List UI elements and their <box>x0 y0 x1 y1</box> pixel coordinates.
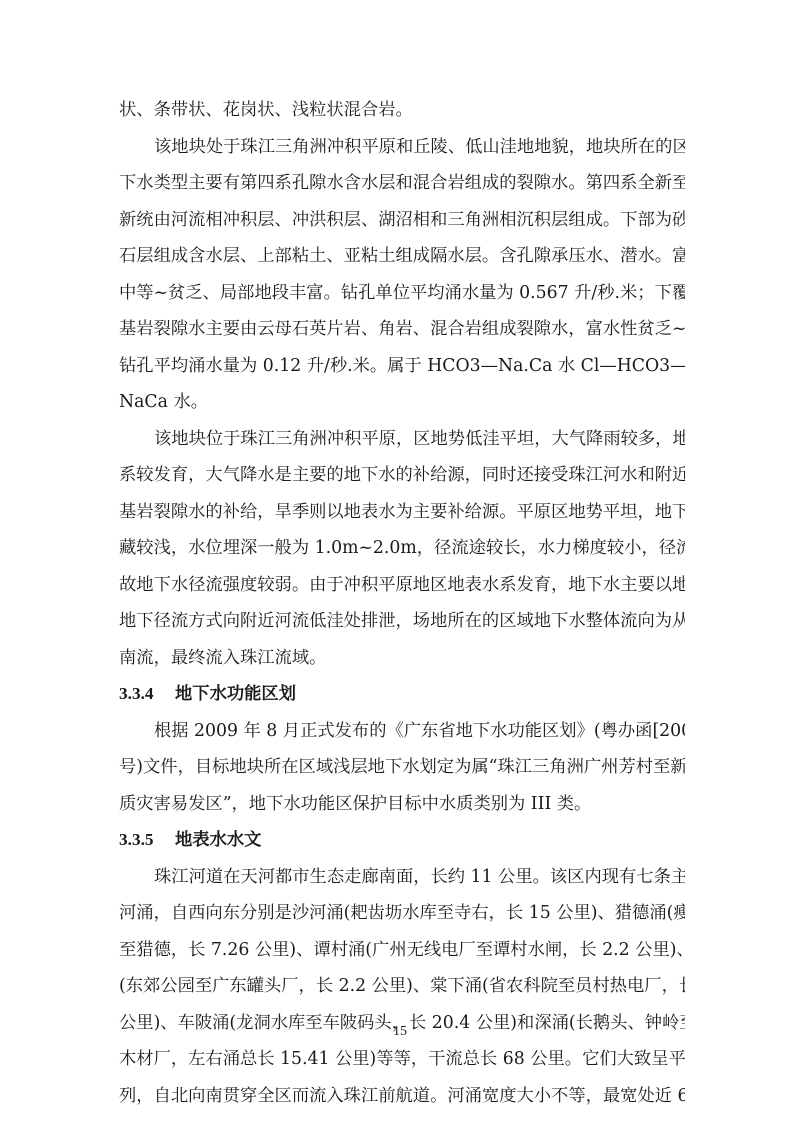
text-line: 南流，最终流入珠江流域。 <box>119 640 685 677</box>
page-number: 15 <box>0 1024 800 1040</box>
text-line: 下水类型主要有第四系孔隙水含水层和混合岩组成的裂隙水。第四系全新至上更 <box>119 165 685 202</box>
text-line: 河涌，自西向东分别是沙河涌(耙齿坜水库至寺右，长 15 公里)、猎德涌(瘦狗岭 <box>119 895 685 932</box>
text-line: 该地块位于珠江三角洲冲积平原，区地势低洼平坦，大气降雨较多，地下水 <box>119 421 685 458</box>
text-line: 号)文件，目标地块所在区域浅层地下水划定为属“珠江三角洲广州芳村至新塘地 <box>119 749 685 786</box>
text-line: 藏较浅，水位埋深一般为 1.0m~2.0m，径流途较长，水力梯度较小，径流缓慢， <box>119 530 685 567</box>
section-heading-3-3-4: 3.3.4地下水功能区划 <box>119 676 685 713</box>
section-number: 3.3.4 <box>119 676 175 713</box>
text-line: 中等~贫乏、局部地段丰富。钻孔单位平均涌水量为 0.567 升/秒.米；下覆地层… <box>119 275 685 312</box>
text-line: (东郊公园至广东罐头厂，长 2.2 公里)、棠下涌(省农科院至员村热电厂，长 5… <box>119 968 685 1005</box>
text-line: 质灾害易发区”，地下水功能区保护目标中水质类别为 III 类。 <box>119 786 685 823</box>
section-title: 地表水水文 <box>175 830 261 850</box>
text-line: 状、条带状、花岗状、浅粒状混合岩。 <box>119 92 685 129</box>
text-line: 新统由河流相冲积层、冲洪积层、湖沼相和三角洲相沉积层组成。下部为砂、砾 <box>119 202 685 239</box>
text-line: NaCa 水。 <box>119 384 685 421</box>
text-line: 地下径流方式向附近河流低洼处排泄，场地所在的区域地下水整体流向为从北向 <box>119 603 685 640</box>
text-line: 该地块处于珠江三角洲冲积平原和丘陵、低山洼地地貌，地块所在的区域地 <box>119 129 685 166</box>
text-line: 基岩裂隙水主要由云母石英片岩、角岩、混合岩组成裂隙水，富水性贫乏~中等。 <box>119 311 685 348</box>
text-line: 根据 2009 年 8 月正式发布的《广东省地下水功能区划》(粤办函[2009]… <box>119 713 685 750</box>
text-line: 钻孔平均涌水量为 0.12 升/秒.米。属于 HCO3—Na.Ca 水 Cl—H… <box>119 348 685 385</box>
section-number: 3.3.5 <box>119 822 175 859</box>
text-line: 木材厂，左右涌总长 15.41 公里)等等，干流总长 68 公里。它们大致呈平行… <box>119 1041 685 1078</box>
section-title: 地下水功能区划 <box>175 684 296 704</box>
text-line: 珠江河道在天河都市生态走廊南面，长约 11 公里。该区内现有七条主要的 <box>119 859 685 896</box>
text-line: 至猎德，长 7.26 公里)、谭村涌(广州无线电厂至谭村水闸，长 2.2 公里)… <box>119 932 685 969</box>
text-line: 系较发育，大气降水是主要的地下水的补给源，同时还接受珠江河水和附近丘陵 <box>119 457 685 494</box>
text-line: 石层组成含水层、上部粘土、亚粘土组成隔水层。含孔隙承压水、潜水。富水性 <box>119 238 685 275</box>
text-line: 故地下水径流强度较弱。由于冲积平原地区地表水系发育，地下水主要以地表或 <box>119 567 685 604</box>
text-line: 列，自北向南贯穿全区而流入珠江前航道。河涌宽度大小不等，最宽处近 60 米， <box>119 1078 685 1115</box>
text-line: 基岩裂隙水的补给，旱季则以地表水为主要补给源。平原区地势平坦，地下水埋 <box>119 494 685 531</box>
document-page: 状、条带状、花岗状、浅粒状混合岩。 该地块处于珠江三角洲冲积平原和丘陵、低山洼地… <box>119 92 685 1114</box>
section-heading-3-3-5: 3.3.5地表水水文 <box>119 822 685 859</box>
